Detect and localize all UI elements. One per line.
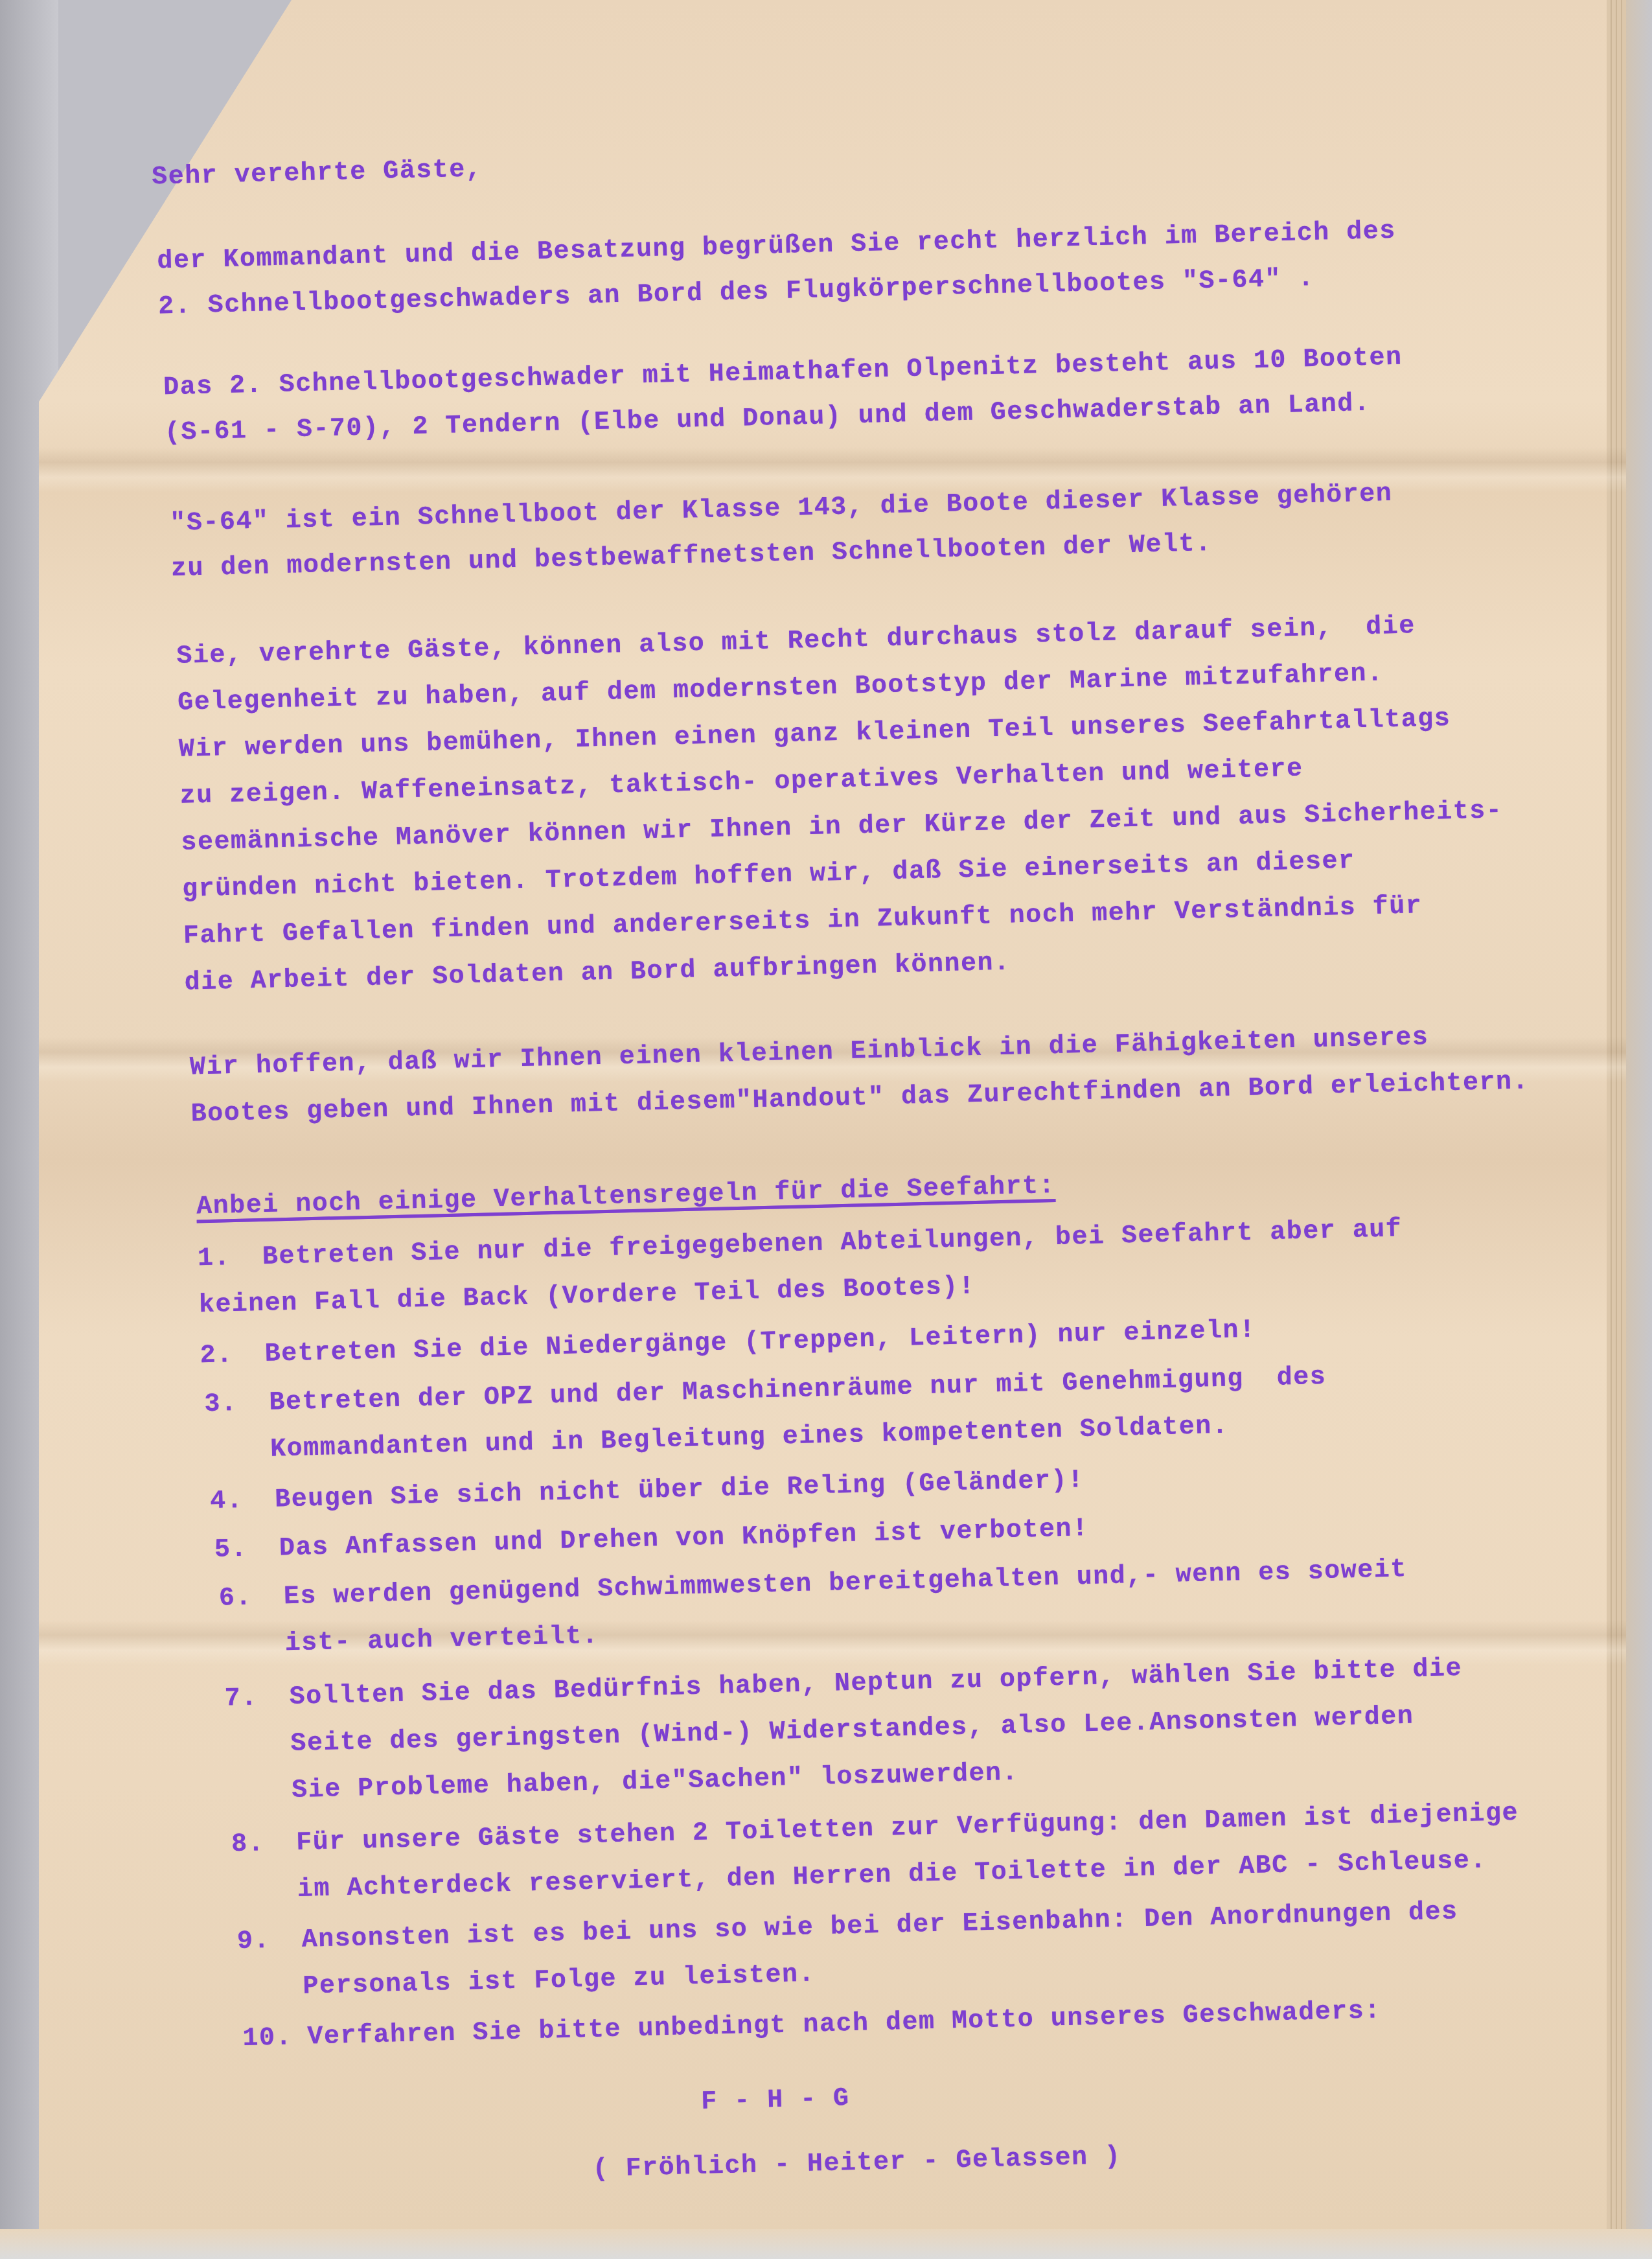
paragraph-line: zu zeigen. Waffeneinsatz, taktisch- oper… [179, 754, 1303, 811]
rule-continuation: im Achterdeck reserviert, den Herren die… [297, 1846, 1487, 1905]
rules-heading: Anbei noch einige Verhaltensregeln für d… [196, 1172, 1056, 1222]
motto-full: ( Fröhlich - Heiter - Gelassen ) [592, 2142, 1121, 2184]
motto-abbreviation: F - H - G [701, 2084, 851, 2117]
typewritten-letter: Sehr verehrte Gäste, der Kommandant und … [0, 0, 1652, 2259]
paragraph-line: 2. Schnellbootgeschwaders an Bord des Fl… [158, 264, 1315, 322]
rule-continuation: Personals ist Folge zu leisten. [303, 1960, 815, 2001]
rule-item: 6.Es werden genügend Schwimmwesten berei… [218, 1555, 1407, 1614]
rule-item: 7.Sollten Sie das Bedürfnis haben, Neptu… [224, 1654, 1462, 1714]
rule-text: Es werden genügend Schwimmwesten bereitg… [283, 1555, 1407, 1612]
rule-item: 4.Beugen Sie sich nicht über die Reling … [210, 1466, 1084, 1516]
rule-continuation: ist- auch verteilt. [284, 1621, 599, 1658]
rule-number: 7. [224, 1683, 290, 1713]
rule-continuation: keinen Fall die Back (Vordere Teil des B… [198, 1272, 975, 1320]
rule-item: 9.Ansonsten ist es bei uns so wie bei de… [236, 1897, 1458, 1956]
rule-continuation: Kommandanten und in Begleitung eines kom… [270, 1412, 1229, 1465]
rule-item: 1.Betreten Sie nur die freigegebenen Abt… [198, 1215, 1403, 1273]
rule-item: 5.Das Anfassen und Drehen von Knöpfen is… [214, 1514, 1089, 1565]
rule-text: Beugen Sie sich nicht über die Reling (G… [275, 1466, 1084, 1515]
rule-text: Betreten der OPZ und der Maschinenräume … [269, 1363, 1327, 1418]
rule-number: 2. [200, 1340, 265, 1371]
rule-text: Verfahren Sie bitte unbedingt nach dem M… [307, 1997, 1381, 2052]
rule-text: Betreten Sie die Niedergänge (Treppen, L… [264, 1315, 1256, 1369]
paragraph-line: Sie, verehrte Gäste, können also mit Rec… [176, 612, 1416, 671]
rule-number: 3. [204, 1389, 270, 1419]
rule-number: 8. [231, 1829, 297, 1859]
salutation: Sehr verehrte Gäste, [152, 155, 483, 192]
paragraph-line: gründen nicht bieten. Trotzdem hoffen wi… [182, 847, 1355, 905]
rule-number: 6. [218, 1582, 284, 1613]
rule-continuation: Sie Probleme haben, die"Sachen" loszuwer… [292, 1759, 1019, 1805]
paragraph-line: Gelegenheit zu haben, auf dem modernsten… [178, 659, 1384, 717]
rule-number: 9. [236, 1926, 302, 1956]
paragraph-line: Wir hoffen, daß wir Ihnen einen kleinen … [189, 1023, 1428, 1083]
rule-continuation: Seite des geringsten (Wind-) Widerstande… [290, 1702, 1414, 1759]
paragraph-line: zu den modernsten und bestbewaffnetsten … [171, 529, 1212, 584]
rule-number: 4. [210, 1486, 275, 1516]
rule-text: Das Anfassen und Drehen von Knöpfen ist … [279, 1514, 1089, 1564]
paragraph-line: die Arbeit der Soldaten an Bord aufbring… [184, 949, 1011, 998]
rule-item: 10.Verfahren Sie bitte unbedingt nach de… [242, 1997, 1381, 2054]
rule-item: 2.Betreten Sie die Niedergänge (Treppen,… [200, 1315, 1256, 1371]
rule-text: Betreten Sie nur die freigegebenen Abtei… [262, 1215, 1403, 1272]
rule-text: Sollten Sie das Bedürfnis haben, Neptun … [289, 1654, 1462, 1712]
rule-item: 3.Betreten der OPZ und der Maschinenräum… [204, 1363, 1327, 1419]
rule-number: 10. [242, 2023, 308, 2054]
rule-text: Ansonsten ist es bei uns so wie bei der … [301, 1897, 1458, 1955]
paragraph-line: Fahrt Gefallen finden und andererseits i… [183, 892, 1422, 951]
rule-number: 5. [214, 1534, 280, 1564]
rule-text: Für unsere Gäste stehen 2 Toiletten zur … [296, 1799, 1519, 1858]
rule-number: 1. [198, 1243, 263, 1273]
